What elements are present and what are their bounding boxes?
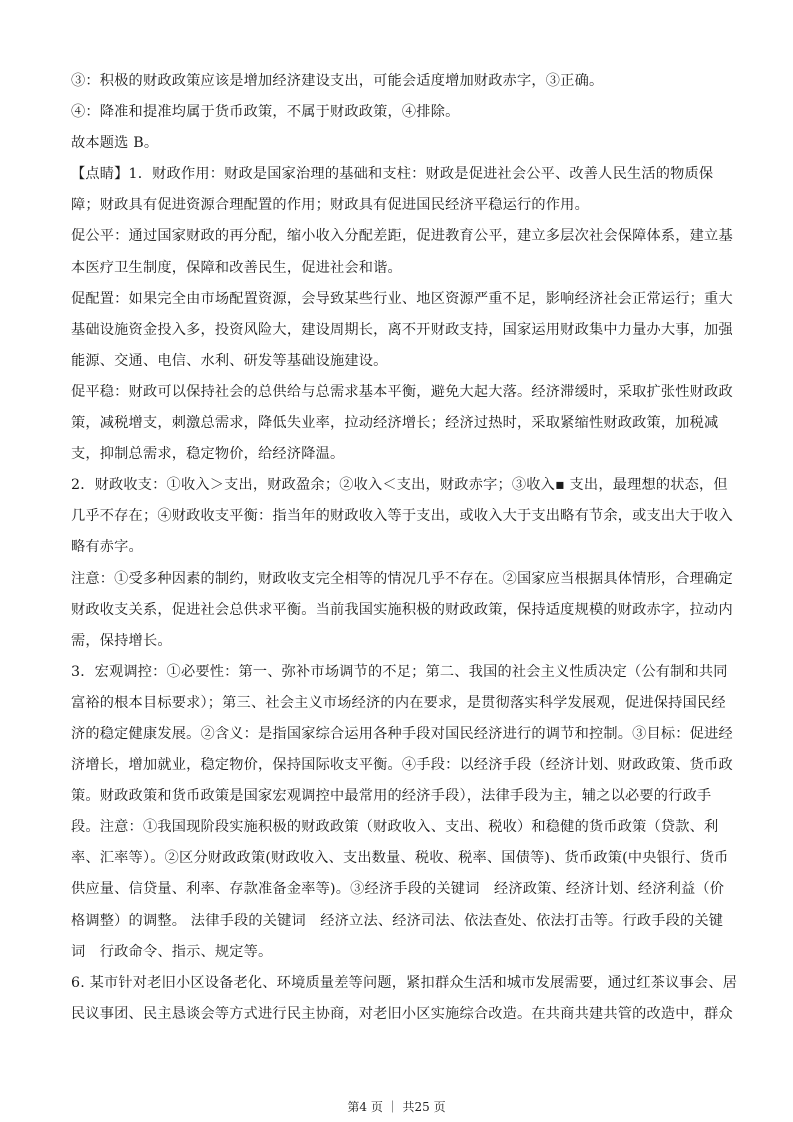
text-line: 本医疗卫生制度，保障和改善民生，促进社会和谐。: [71, 253, 721, 284]
text-line: 促公平：通过国家财政的再分配，缩小收入分配差距，促进教育公平，建立多层次社会保障…: [71, 221, 721, 252]
text-line: 策。财政政策和货币政策是国家宏观调控中最常用的经济手段），法律手段为主，辅之以必…: [71, 781, 721, 812]
text-line: 基础设施资金投入多，投资风险大，建设周期长，离不开财政支持，国家运用财政集中力量…: [71, 315, 721, 346]
text-line: 策，减税增支，刺激总需求，降低失业率，拉动经济增长；经济过热时，采取紧缩性财政政…: [71, 408, 721, 439]
text-line: 促配置：如果完全由市场配置资源，会导致某些行业、地区资源严重不足，影响经济社会正…: [71, 284, 721, 315]
text-line: 3．宏观调控：①必要性：第一、弥补市场调节的不足；第二、我国的社会主义性质决定（…: [71, 657, 721, 688]
text-line: 民议事团、民主恳谈会等方式进行民主协商，对老旧小区实施综合改造。在共商共建共管的…: [71, 999, 721, 1030]
text-line: 率、汇率等）。②区分财政政策(财政收入、支出数量、税收、税率、国债等)、货币政策…: [71, 843, 721, 874]
text-line: 2．财政收支：①收入＞支出，财政盈余；②收入＜支出，财政赤字；③收入▪ 支出，最…: [71, 470, 721, 501]
text-line: 几乎不存在；④财政收支平衡：指当年的财政收入等于支出，或收入大于支出略有节余，或…: [71, 501, 721, 532]
page-content: ③：积极的财政政策应该是增加经济建设支出，可能会适度增加财政赤字，③正确。 ④：…: [71, 66, 721, 1030]
text-line: 济的稳定健康发展。②含义：是指国家综合运用各种手段对国民经济进行的调节和控制。③…: [71, 719, 721, 750]
document-page: ③：积极的财政政策应该是增加经济建设支出，可能会适度增加财政赤字，③正确。 ④：…: [0, 0, 793, 1122]
text-line: 【点睛】1．财政作用：财政是国家治理的基础和支柱：财政是促进社会公平、改善人民生…: [71, 159, 721, 190]
text-line: ④：降准和提准均属于货币政策，不属于财政政策，④排除。: [71, 97, 721, 128]
text-line: 促平稳：财政可以保持社会的总供给与总需求基本平衡，避免大起大落。经济滞缓时，采取…: [71, 377, 721, 408]
text-line: 略有赤字。: [71, 532, 721, 563]
text-line: 格调整）的调整。 法律手段的关键词 经济立法、经济司法、依法查处、依法打击等。行…: [71, 906, 721, 937]
text-line: 需，保持增长。: [71, 626, 721, 657]
text-line: 能源、交通、电信、水利、研发等基础设施建设。: [71, 346, 721, 377]
text-line: 财政收支关系，促进社会总供求平衡。当前我国实施积极的财政政策，保持适度规模的财政…: [71, 595, 721, 626]
text-line: 济增长，增加就业，稳定物价，保持国际收支平衡。④手段：以经济手段（经济计划、财政…: [71, 750, 721, 781]
text-line: 6. 某市针对老旧小区设备老化、环境质量差等问题，紧扣群众生活和城市发展需要，通…: [71, 968, 721, 999]
text-line: 富裕的根本目标要求）；第三、社会主义市场经济的内在要求，是贯彻落实科学发展观，促…: [71, 688, 721, 719]
text-line: 词 行政命令、指示、规定等。: [71, 937, 721, 968]
text-line: 注意：①受多种因素的制约，财政收支完全相等的情况几乎不存在。②国家应当根据具体情…: [71, 564, 721, 595]
text-line: 障；财政具有促进资源合理配置的作用；财政具有促进国民经济平稳运行的作用。: [71, 190, 721, 221]
page-number-footer: 第4 页 ｜ 共25 页: [0, 1098, 793, 1115]
text-line: 供应量、信贷量、利率、存款准备金率等)。③经济手段的关键词 经济政策、经济计划、…: [71, 874, 721, 905]
text-line: 故本题选 B。: [71, 128, 721, 159]
text-line: 支，抑制总需求，稳定物价，给经济降温。: [71, 439, 721, 470]
text-line: 段。注意：①我国现阶段实施积极的财政政策（财政收入、支出、税收）和稳健的货币政策…: [71, 812, 721, 843]
text-line: ③：积极的财政政策应该是增加经济建设支出，可能会适度增加财政赤字，③正确。: [71, 66, 721, 97]
